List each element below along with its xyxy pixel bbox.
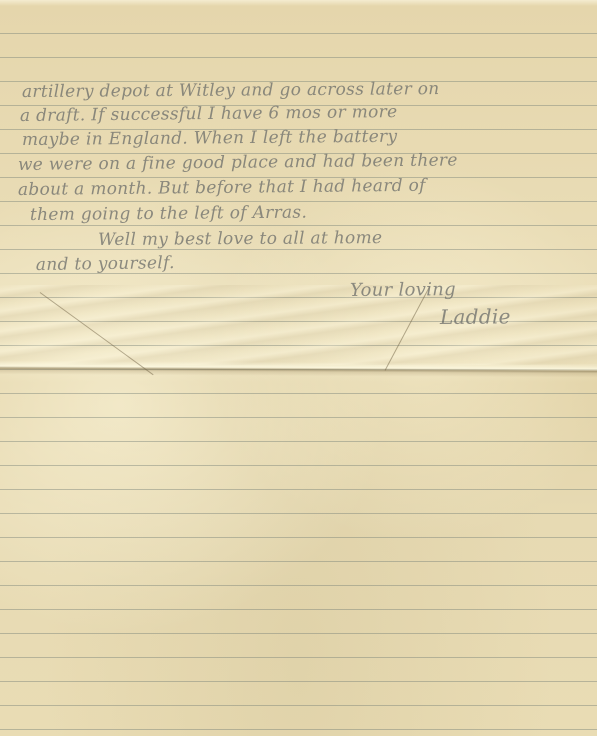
letter-line: them going to the left of Arras. bbox=[30, 203, 307, 225]
letter-line: maybe in England. When I left the batter… bbox=[22, 127, 398, 150]
handwritten-letter: artillery depot at Witley and go across … bbox=[0, 0, 597, 736]
letter-line: a draft. If successful I have 6 mos or m… bbox=[20, 102, 398, 126]
closing-salutation: Your loving bbox=[350, 279, 456, 301]
signature: Laddie bbox=[440, 304, 511, 329]
letter-page: artillery depot at Witley and go across … bbox=[0, 0, 597, 736]
letter-line: about a month. But before that I had hea… bbox=[18, 176, 426, 200]
letter-line: and to yourself. bbox=[36, 253, 175, 275]
letter-line: we were on a fine good place and had bee… bbox=[18, 150, 458, 175]
letter-line: artillery depot at Witley and go across … bbox=[22, 79, 440, 102]
letter-line: Well my best love to all at home bbox=[98, 228, 383, 250]
